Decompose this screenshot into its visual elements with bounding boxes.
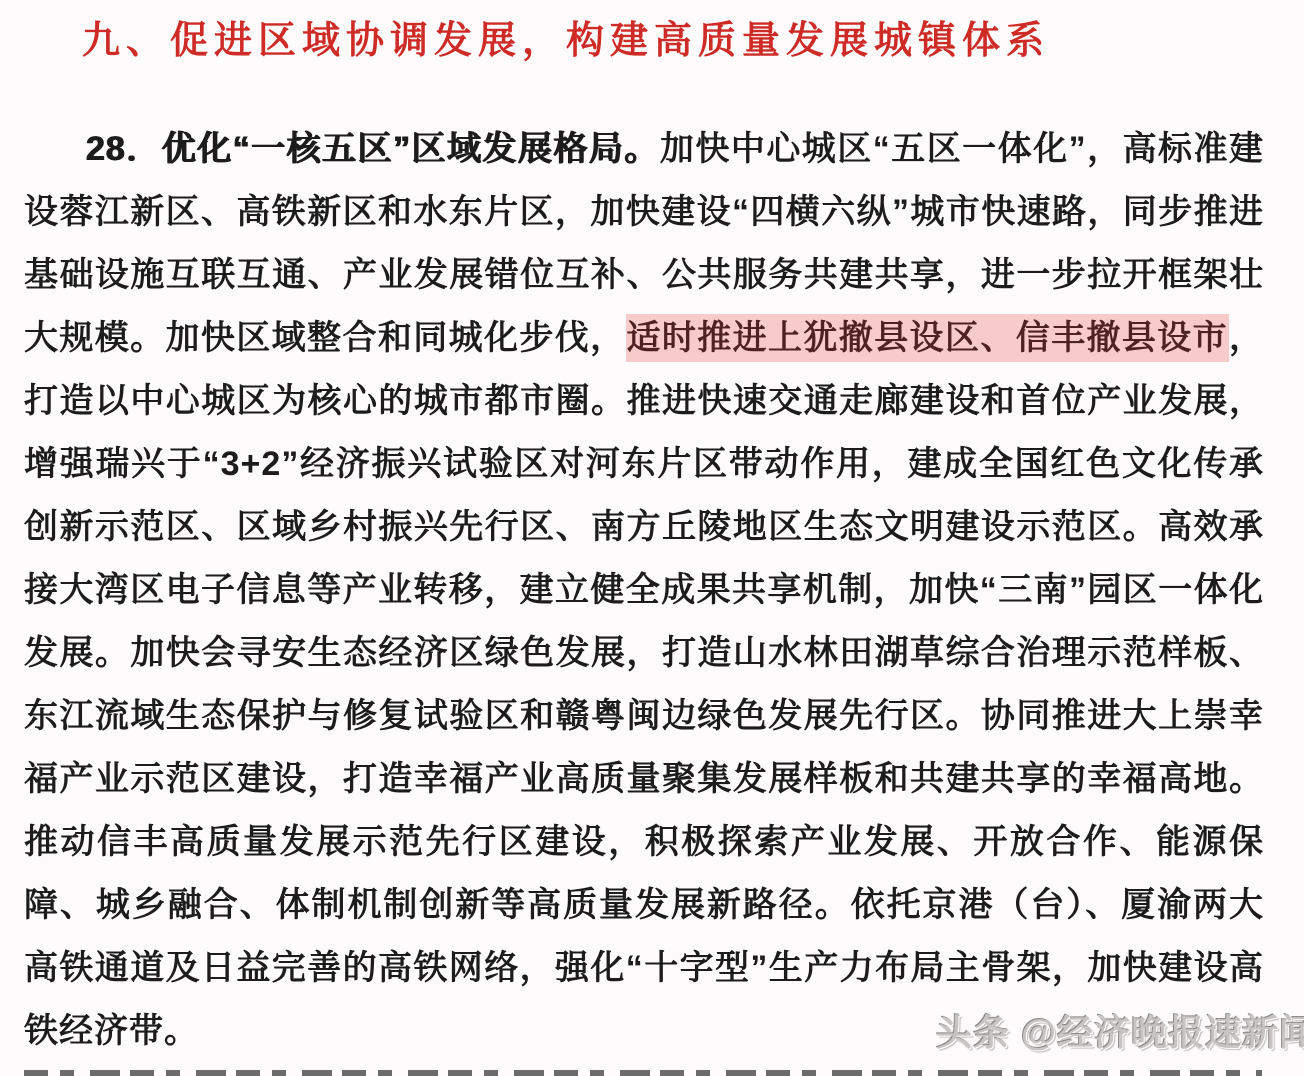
text-line: 创新示范区、区域乡村振兴先行区、南方丘陵地区生态文明建设示范区。高效承 (24, 496, 1264, 559)
paragraph-body: 28．优化“一核五区”区域发展格局。加快中心城区“五区一体化”，高标准建设蓉江新… (24, 118, 1264, 1063)
text-line: 推动信丰高质量发展示范先行区建设，积极探索产业发展、开放合作、能源保 (24, 811, 1264, 874)
text-segment: 障、城乡融合、体制机制创新等高质量发展新路径。依托京港（台）、厦渝两大 (24, 886, 1264, 924)
text-segment: 推动信丰高质量发展示范先行区建设，积极探索产业发展、开放合作、能源保 (24, 823, 1264, 861)
document-page: 九、促进区域协调发展，构建高质量发展城镇体系 28．优化“一核五区”区域发展格局… (0, 0, 1304, 1076)
text-segment: 基础设施互联互通、产业发展错位互补、公共服务共建共享，进一步拉开框架壮 (24, 256, 1264, 294)
text-segment: 高铁通道及日益完善的高铁网络，强化“十字型”生产力布局主骨架，加快建设高 (24, 949, 1264, 987)
text-line: 障、城乡融合、体制机制创新等高质量发展新路径。依托京港（台）、厦渝两大 (24, 874, 1264, 937)
text-line: 增强瑞兴于“3+2”经济振兴试验区对河东片区带动作用，建成全国红色文化传承 (24, 433, 1264, 496)
text-segment: 福产业示范区建设，打造幸福产业高质量聚集发展样板和共建共享的幸福高地。 (24, 760, 1264, 798)
text-line: 28．优化“一核五区”区域发展格局。加快中心城区“五区一体化”，高标准建 (24, 118, 1264, 181)
text-segment: 发展。加快会寻安生态经济区绿色发展，打造山水林田湖草综合治理示范样板、 (24, 634, 1264, 672)
highlighted-text: 适时推进上犹撤县设区、信丰撤县设市 (626, 314, 1230, 362)
text-line: 发展。加快会寻安生态经济区绿色发展，打造山水林田湖草综合治理示范样板、 (24, 622, 1264, 685)
text-line: 设蓉江新区、高铁新区和水东片区，加快建设“四横六纵”城市快速路，同步推进 (24, 181, 1264, 244)
text-segment: 大规模。加快区域整合和同城化步伐， (24, 319, 626, 357)
text-line: 基础设施互联互通、产业发展错位互补、公共服务共建共享，进一步拉开框架壮 (24, 244, 1264, 307)
text-line: 福产业示范区建设，打造幸福产业高质量聚集发展样板和共建共享的幸福高地。 (24, 748, 1264, 811)
text-segment: 创新示范区、区域乡村振兴先行区、南方丘陵地区生态文明建设示范区。高效承 (24, 508, 1264, 546)
toutiao-watermark: 头条 @经济晚报速新闻 (936, 1005, 1304, 1056)
text-segment: 接大湾区电子信息等产业转移，建立健全成果共享机制，加快“三南”园区一体化 (24, 571, 1264, 609)
clipped-next-line (24, 1070, 1262, 1076)
text-line: 东江流域生态保护与修复试验区和赣粤闽边绿色发展先行区。协同推进大上崇幸 (24, 685, 1264, 748)
text-line: 接大湾区电子信息等产业转移，建立健全成果共享机制，加快“三南”园区一体化 (24, 559, 1264, 622)
text-line: 打造以中心城区为核心的城市都市圈。推进快速交通走廊建设和首位产业发展， (24, 370, 1264, 433)
text-line: 大规模。加快区域整合和同城化步伐，适时推进上犹撤县设区、信丰撤县设市， (24, 307, 1264, 370)
text-segment: 加快中心城区“五区一体化”，高标准建 (660, 130, 1264, 168)
text-segment: 打造以中心城区为核心的城市都市圈。推进快速交通走廊建设和首位产业发展， (24, 382, 1264, 420)
text-line: 高铁通道及日益完善的高铁网络，强化“十字型”生产力布局主骨架，加快建设高 (24, 937, 1264, 1000)
text-segment: 设蓉江新区、高铁新区和水东片区，加快建设“四横六纵”城市快速路，同步推进 (24, 193, 1264, 231)
text-segment: 增强瑞兴于“3+2”经济振兴试验区对河东片区带动作用，建成全国红色文化传承 (24, 445, 1264, 483)
text-segment: 铁经济带。 (24, 1012, 199, 1050)
section-heading: 九、促进区域协调发展，构建高质量发展城镇体系 (82, 18, 1050, 64)
text-segment: ， (1229, 319, 1264, 357)
text-segment: 东江流域生态保护与修复试验区和赣粤闽边绿色发展先行区。协同推进大上崇幸 (24, 697, 1264, 735)
clause-lead: 28．优化“一核五区”区域发展格局。 (86, 130, 660, 168)
